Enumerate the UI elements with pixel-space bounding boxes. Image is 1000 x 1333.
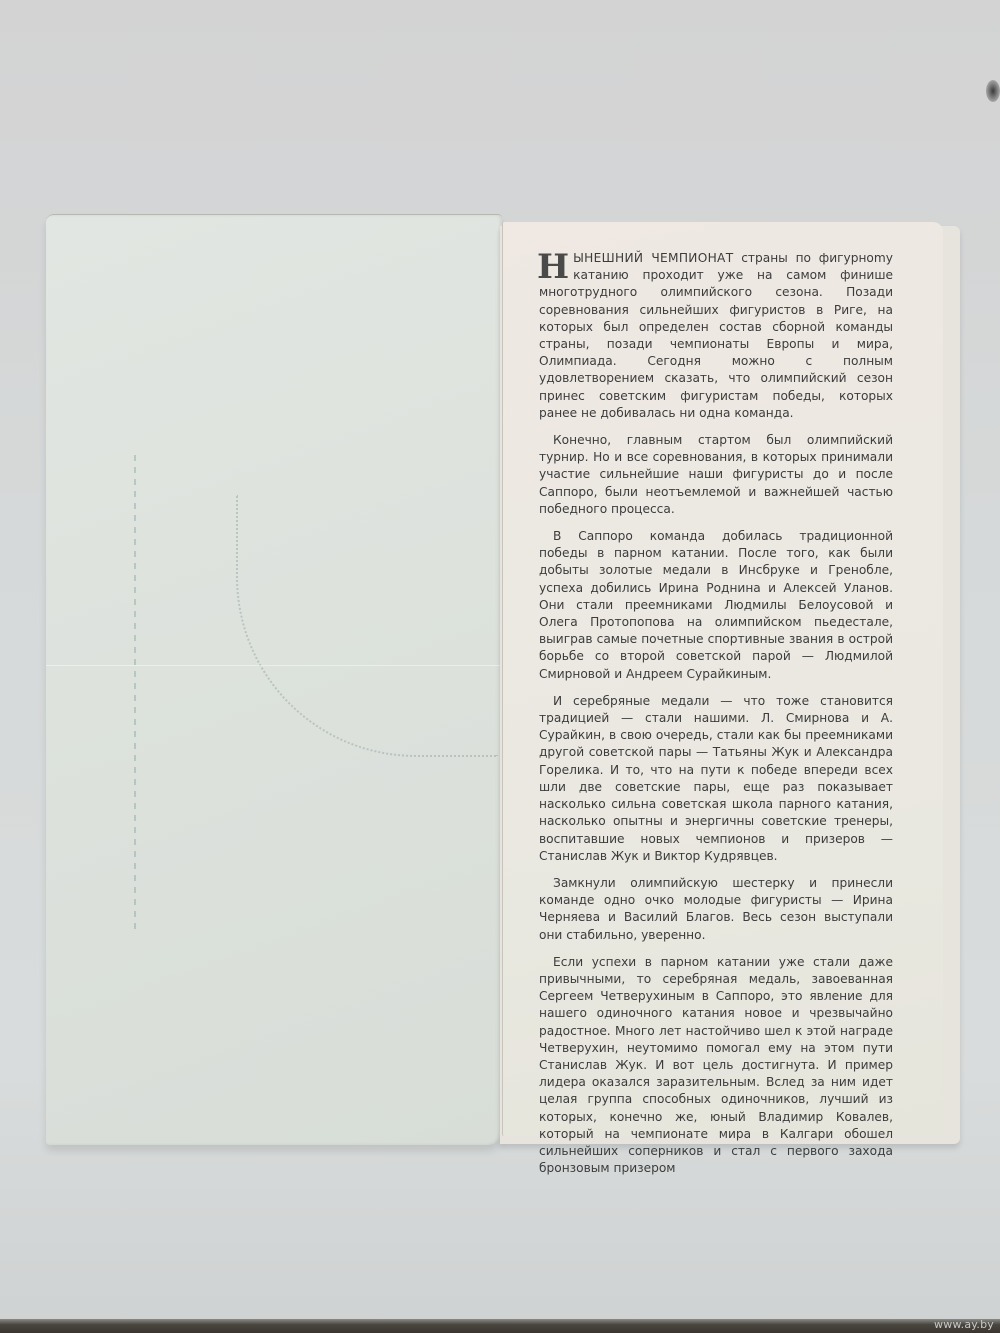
left-page-blank: [46, 214, 502, 1145]
article-text: НЫНЕШНИЙ ЧЕМПИОНАТ страны по фигурно­mу …: [539, 250, 893, 1187]
drop-cap: Н: [537, 252, 569, 282]
background-speck: [986, 80, 1000, 102]
lead-caps: ЫНЕШНИЙ ЧЕМПИОНАТ: [573, 251, 733, 265]
paragraph-3: В Саппоро команда добилась традиционной …: [539, 528, 893, 683]
paragraph-2: Конечно, главным стартом был олимпийский…: [539, 432, 893, 518]
show-through-mark: [236, 495, 498, 757]
right-page: НЫНЕШНИЙ ЧЕМПИОНАТ страны по фигурно­mу …: [502, 222, 943, 1136]
paragraph-4: И серебряные медали — что тоже становитс…: [539, 693, 893, 865]
paragraph-6: Если успехи в парном катании уже стали д…: [539, 954, 893, 1178]
paragraph-5: Замкнули олимпийскую шестерку и принесли…: [539, 875, 893, 944]
table-edge: [0, 1319, 1000, 1333]
paragraph-1-text: страны по фигурно­mу катанию проходит уж…: [539, 251, 893, 420]
fold-crease: [46, 665, 502, 666]
show-through-mark: [134, 455, 136, 935]
paragraph-1: НЫНЕШНИЙ ЧЕМПИОНАТ страны по фигурно­mу …: [539, 250, 893, 422]
paper-speck: [573, 1118, 575, 1121]
watermark: www.ay.by: [934, 1318, 994, 1331]
